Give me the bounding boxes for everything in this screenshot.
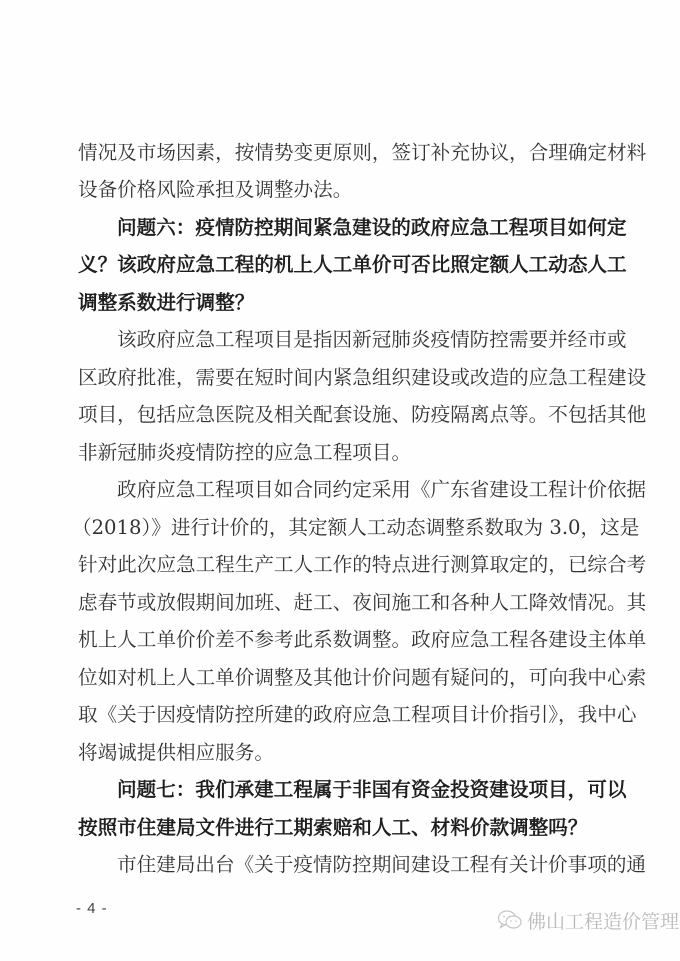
question-heading: 问题七：我们承建工程属于非国有资金投资建设项目，可以: [117, 775, 586, 805]
question-heading: 义？该政府应急工程的机上人工单价可否比照定额人工动态人工: [78, 250, 586, 280]
text-line: 项目，包括应急医院及相关配套设施、防疫隔离点等。不包括其他: [78, 400, 586, 430]
text-line: 非新冠肺炎疫情防控的应急工程项目。: [78, 438, 586, 468]
document-page: 情况及市场因素，按情势变更原则，签订补充协议，合理确定材料 设备价格风险承担及调…: [0, 0, 680, 961]
question-heading: 按照市住建局文件进行工期索赔和人工、材料价款调整吗？: [78, 813, 586, 843]
question-heading: 调整系数进行调整？: [78, 288, 586, 318]
text-line: 针对此次应急工程生产工人工作的特点进行测算取定的，已综合考: [78, 550, 586, 580]
question-heading: 问题六：疫情防控期间紧急建设的政府应急工程项目如何定: [117, 213, 586, 243]
text-line: 市住建局出台《关于疫情防控期间建设工程有关计价事项的通: [117, 850, 586, 880]
wechat-icon: [497, 909, 523, 931]
text-line: 位如对机上人工单价调整及其他计价问题有疑问的，可向我中心索: [78, 663, 586, 693]
text-line: 该政府应急工程项目是指因新冠肺炎疫情防控需要并经市或: [117, 325, 586, 355]
text-line: （2018）》进行计价的，其定额人工动态调整系数取为 3.0，这是: [72, 513, 586, 543]
text-line: 机上人工单价价差不参考此系数调整。政府应急工程各建设主体单: [78, 625, 586, 655]
watermark: 佛山工程造价管理: [497, 906, 679, 934]
text-line: 虑春节或放假期间加班、赶工、夜间施工和各种人工降效情况。其: [78, 588, 586, 618]
text-line: 政府应急工程项目如合同约定采用《广东省建设工程计价依据: [117, 475, 586, 505]
watermark-label: 佛山工程造价管理: [527, 907, 679, 934]
page-number: - 4 -: [76, 900, 108, 917]
text-line: 情况及市场因素，按情势变更原则，签订补充协议，合理确定材料: [78, 138, 586, 168]
text-line: 设备价格风险承担及调整办法。: [78, 175, 586, 205]
text-line: 取《关于因疫情防控所建的政府应急工程项目计价指引》，我中心: [78, 700, 586, 730]
text-line: 将竭诚提供相应服务。: [78, 738, 586, 768]
text-line: 区政府批准，需要在短时间内紧急组织建设或改造的应急工程建设: [78, 363, 586, 393]
